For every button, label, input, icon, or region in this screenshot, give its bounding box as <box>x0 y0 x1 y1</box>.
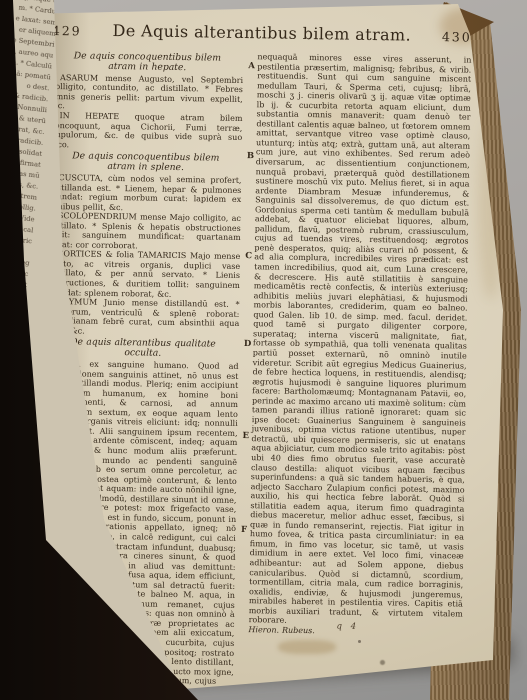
paragraph: CORTICES & folia TAMARICIS Majo mense le… <box>48 249 241 300</box>
margin-letter: E <box>242 431 249 441</box>
margin-letter: A <box>248 61 255 71</box>
paragraph: ASARUM mense Augusto, vel Septembri coll… <box>51 73 244 114</box>
margin-letter: B <box>247 151 254 161</box>
signature-mark: q 4 <box>336 622 359 632</box>
paragraph: IN HEPATE quoque atram bilem concoquunt,… <box>50 111 243 152</box>
paragraph: SCOLOPENDRIUM mense Majo colligito, ac d… <box>48 211 241 252</box>
paragraph: THYMUM Junio mense distillandū est. * Ce… <box>47 297 240 338</box>
photo-background: 429 De Aquis alterantibus bilem atram. 4… <box>0 0 527 700</box>
margin-letter: D <box>244 339 252 349</box>
margin-letter: C <box>245 251 252 261</box>
page-number-left: 429 <box>52 23 96 39</box>
paragraph: CUSCUTA, cùm nodos vel semina profert, d… <box>49 173 242 214</box>
paragraph: De aquis concoquentibus bilem atram in h… <box>51 49 243 76</box>
text-column-right: nequaquā minores esse vires asserunt, in… <box>248 52 472 690</box>
margin-letter: F <box>241 525 247 535</box>
paragraph: nequaquā minores esse vires asserunt, in… <box>249 52 472 628</box>
paragraph: De aquis concoquentibus bilem atram in s… <box>50 149 242 176</box>
page-number-right: 430 <box>428 29 472 45</box>
